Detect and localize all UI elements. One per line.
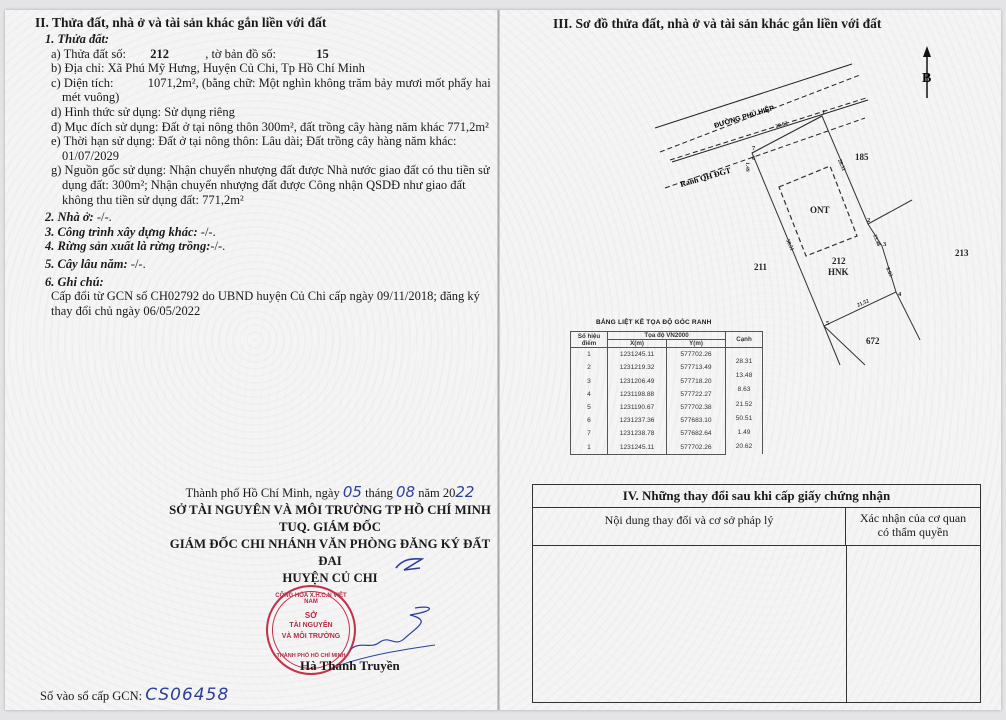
svg-text:Ranh QH ĐGT: Ranh QH ĐGT bbox=[679, 166, 733, 189]
signer-name: Hà Thanh Truyền bbox=[300, 658, 400, 674]
registry-number: CS06458 bbox=[145, 685, 229, 705]
parcel-diagram: B ĐƯỜNG PHÚ HIỆP Ranh QH ĐGT 18521121367… bbox=[0, 0, 1006, 480]
north-arrow-icon: B bbox=[922, 46, 931, 98]
changes-title: IV. Những thay đổi sau khi cấp giấy chứn… bbox=[533, 485, 980, 508]
svg-text:1.49: 1.49 bbox=[744, 162, 750, 172]
edge-lengths: 28.3113.488.6321.5250.511.4920.62 bbox=[726, 348, 763, 455]
changes-col-content: Nội dung thay đổi và cơ sở pháp lý bbox=[533, 508, 846, 545]
issuing-org: SỞ TÀI NGUYÊN VÀ MÔI TRƯỜNG TP HỒ CHÍ MI… bbox=[160, 502, 500, 519]
svg-text:1: 1 bbox=[822, 109, 825, 116]
svg-text:50.51: 50.51 bbox=[784, 238, 795, 252]
svg-text:28.31: 28.31 bbox=[836, 159, 846, 173]
coord-table-title: BẢNG LIỆT KÊ TỌA ĐỘ GÓC RANH bbox=[596, 319, 712, 326]
table-row: 11231245.11577702.2628.3113.488.6321.525… bbox=[571, 348, 763, 362]
svg-text:B: B bbox=[922, 71, 931, 86]
coordinate-table: Số hiệu điểm Tọa độ VN2000 Cạnh X(m) Y(m… bbox=[570, 331, 763, 455]
svg-text:211: 211 bbox=[754, 262, 768, 272]
svg-text:HNK: HNK bbox=[828, 267, 849, 277]
svg-text:3: 3 bbox=[883, 241, 887, 248]
svg-text:13.48: 13.48 bbox=[871, 234, 881, 248]
svg-text:185: 185 bbox=[855, 152, 869, 162]
changes-table: IV. Những thay đổi sau khi cấp giấy chứn… bbox=[532, 484, 981, 703]
svg-text:213: 213 bbox=[955, 248, 969, 258]
svg-text:8.63: 8.63 bbox=[884, 267, 893, 278]
svg-text:20.62: 20.62 bbox=[775, 120, 789, 129]
registry-number-line: Số vào sổ cấp GCN: CS06458 bbox=[40, 685, 229, 705]
signature-block: Thành phố Hồ Chí Minh, ngày 05 tháng 08 … bbox=[160, 484, 500, 587]
svg-text:ONT: ONT bbox=[810, 205, 830, 215]
svg-text:2: 2 bbox=[867, 217, 870, 224]
svg-text:212: 212 bbox=[832, 256, 846, 266]
svg-text:4: 4 bbox=[898, 291, 902, 298]
svg-text:ĐƯỜNG PHÚ HIỆP: ĐƯỜNG PHÚ HIỆP bbox=[713, 103, 776, 130]
issue-date: Thành phố Hồ Chí Minh, ngày 05 tháng 08 … bbox=[160, 484, 500, 502]
svg-text:672: 672 bbox=[866, 336, 880, 346]
changes-col-confirmation: Xác nhận của cơ quan có thẩm quyền bbox=[846, 508, 980, 545]
initials-icon bbox=[394, 556, 424, 572]
